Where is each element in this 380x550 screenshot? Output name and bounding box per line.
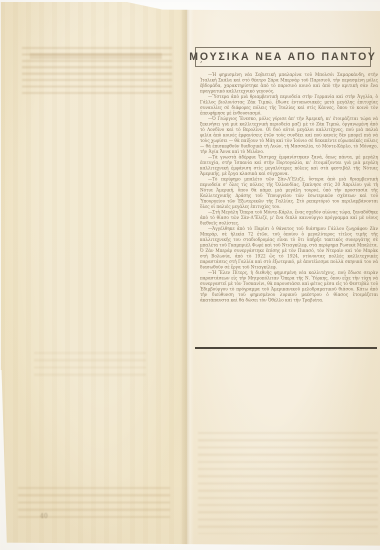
page-number: 40	[40, 513, 48, 520]
article-paragraph: —Στὴ Μεγάλη Ὄπερα τοῦ Μόντε-Κάρλο, ἕνας …	[200, 210, 378, 227]
article-paragraph: —Τὸ περίφημο μπαλέτο τῶν Σὰν-Λ'Ἐλιζέ, ὕσ…	[200, 177, 378, 210]
article-paragraph: —Τὰ γνωστὰ ἀδέρφια Ὄιστραχ ἐμφανίστηκαν …	[200, 155, 378, 177]
article-column: —Ἡ φημισμένη νέα Σοβιετικὴ μπαλαρίνα τοῦ…	[200, 72, 378, 346]
scanner-edge-left-line	[0, 0, 1, 550]
scanned-magazine-spread: 40 , ΜΟΥΣΙΚΑ ΝΕΑ ΑΠΟ ΠΑΝΤΟΥ —Ἡ φημισμένη…	[0, 0, 380, 550]
column-heading-box: , ΜΟΥΣΙΚΑ ΝΕΑ ΑΠΟ ΠΑΝΤΟΥ	[195, 47, 371, 67]
article-paragraph: —Ὕστερα ἀπὸ μιὰ θριαμβευτικὴ περιοδεία σ…	[200, 94, 378, 116]
article-text: —Ἡ φημισμένη νέα Σοβιετικὴ μπαλαρίνα τοῦ…	[200, 72, 378, 303]
column-heading: ΜΟΥΣΙΚΑ ΝΕΑ ΑΠΟ ΠΑΝΤΟΥ	[189, 51, 377, 63]
article-paragraph: —Ὁ Γεώργιος Ἔνεσκο, μόλις γύρισε ἀπ' τὴν…	[200, 116, 378, 155]
column-end-rule	[195, 347, 377, 349]
page-fold	[180, 0, 194, 550]
article-paragraph: —Ἀγγέλθηκε ἀπὸ τὸ Παρίσι ὁ θάνατος τοῦ δ…	[200, 226, 378, 270]
scanner-edge-top-line	[0, 0, 380, 2]
article-paragraph: —Ἡ Ἔλεν Πίτερς, ἡ διεθνὴς φημισμένη νέα …	[200, 270, 378, 303]
left-page	[0, 0, 187, 550]
article-paragraph: —Ἡ φημισμένη νέα Σοβιετικὴ μπαλαρίνα τοῦ…	[200, 72, 378, 94]
